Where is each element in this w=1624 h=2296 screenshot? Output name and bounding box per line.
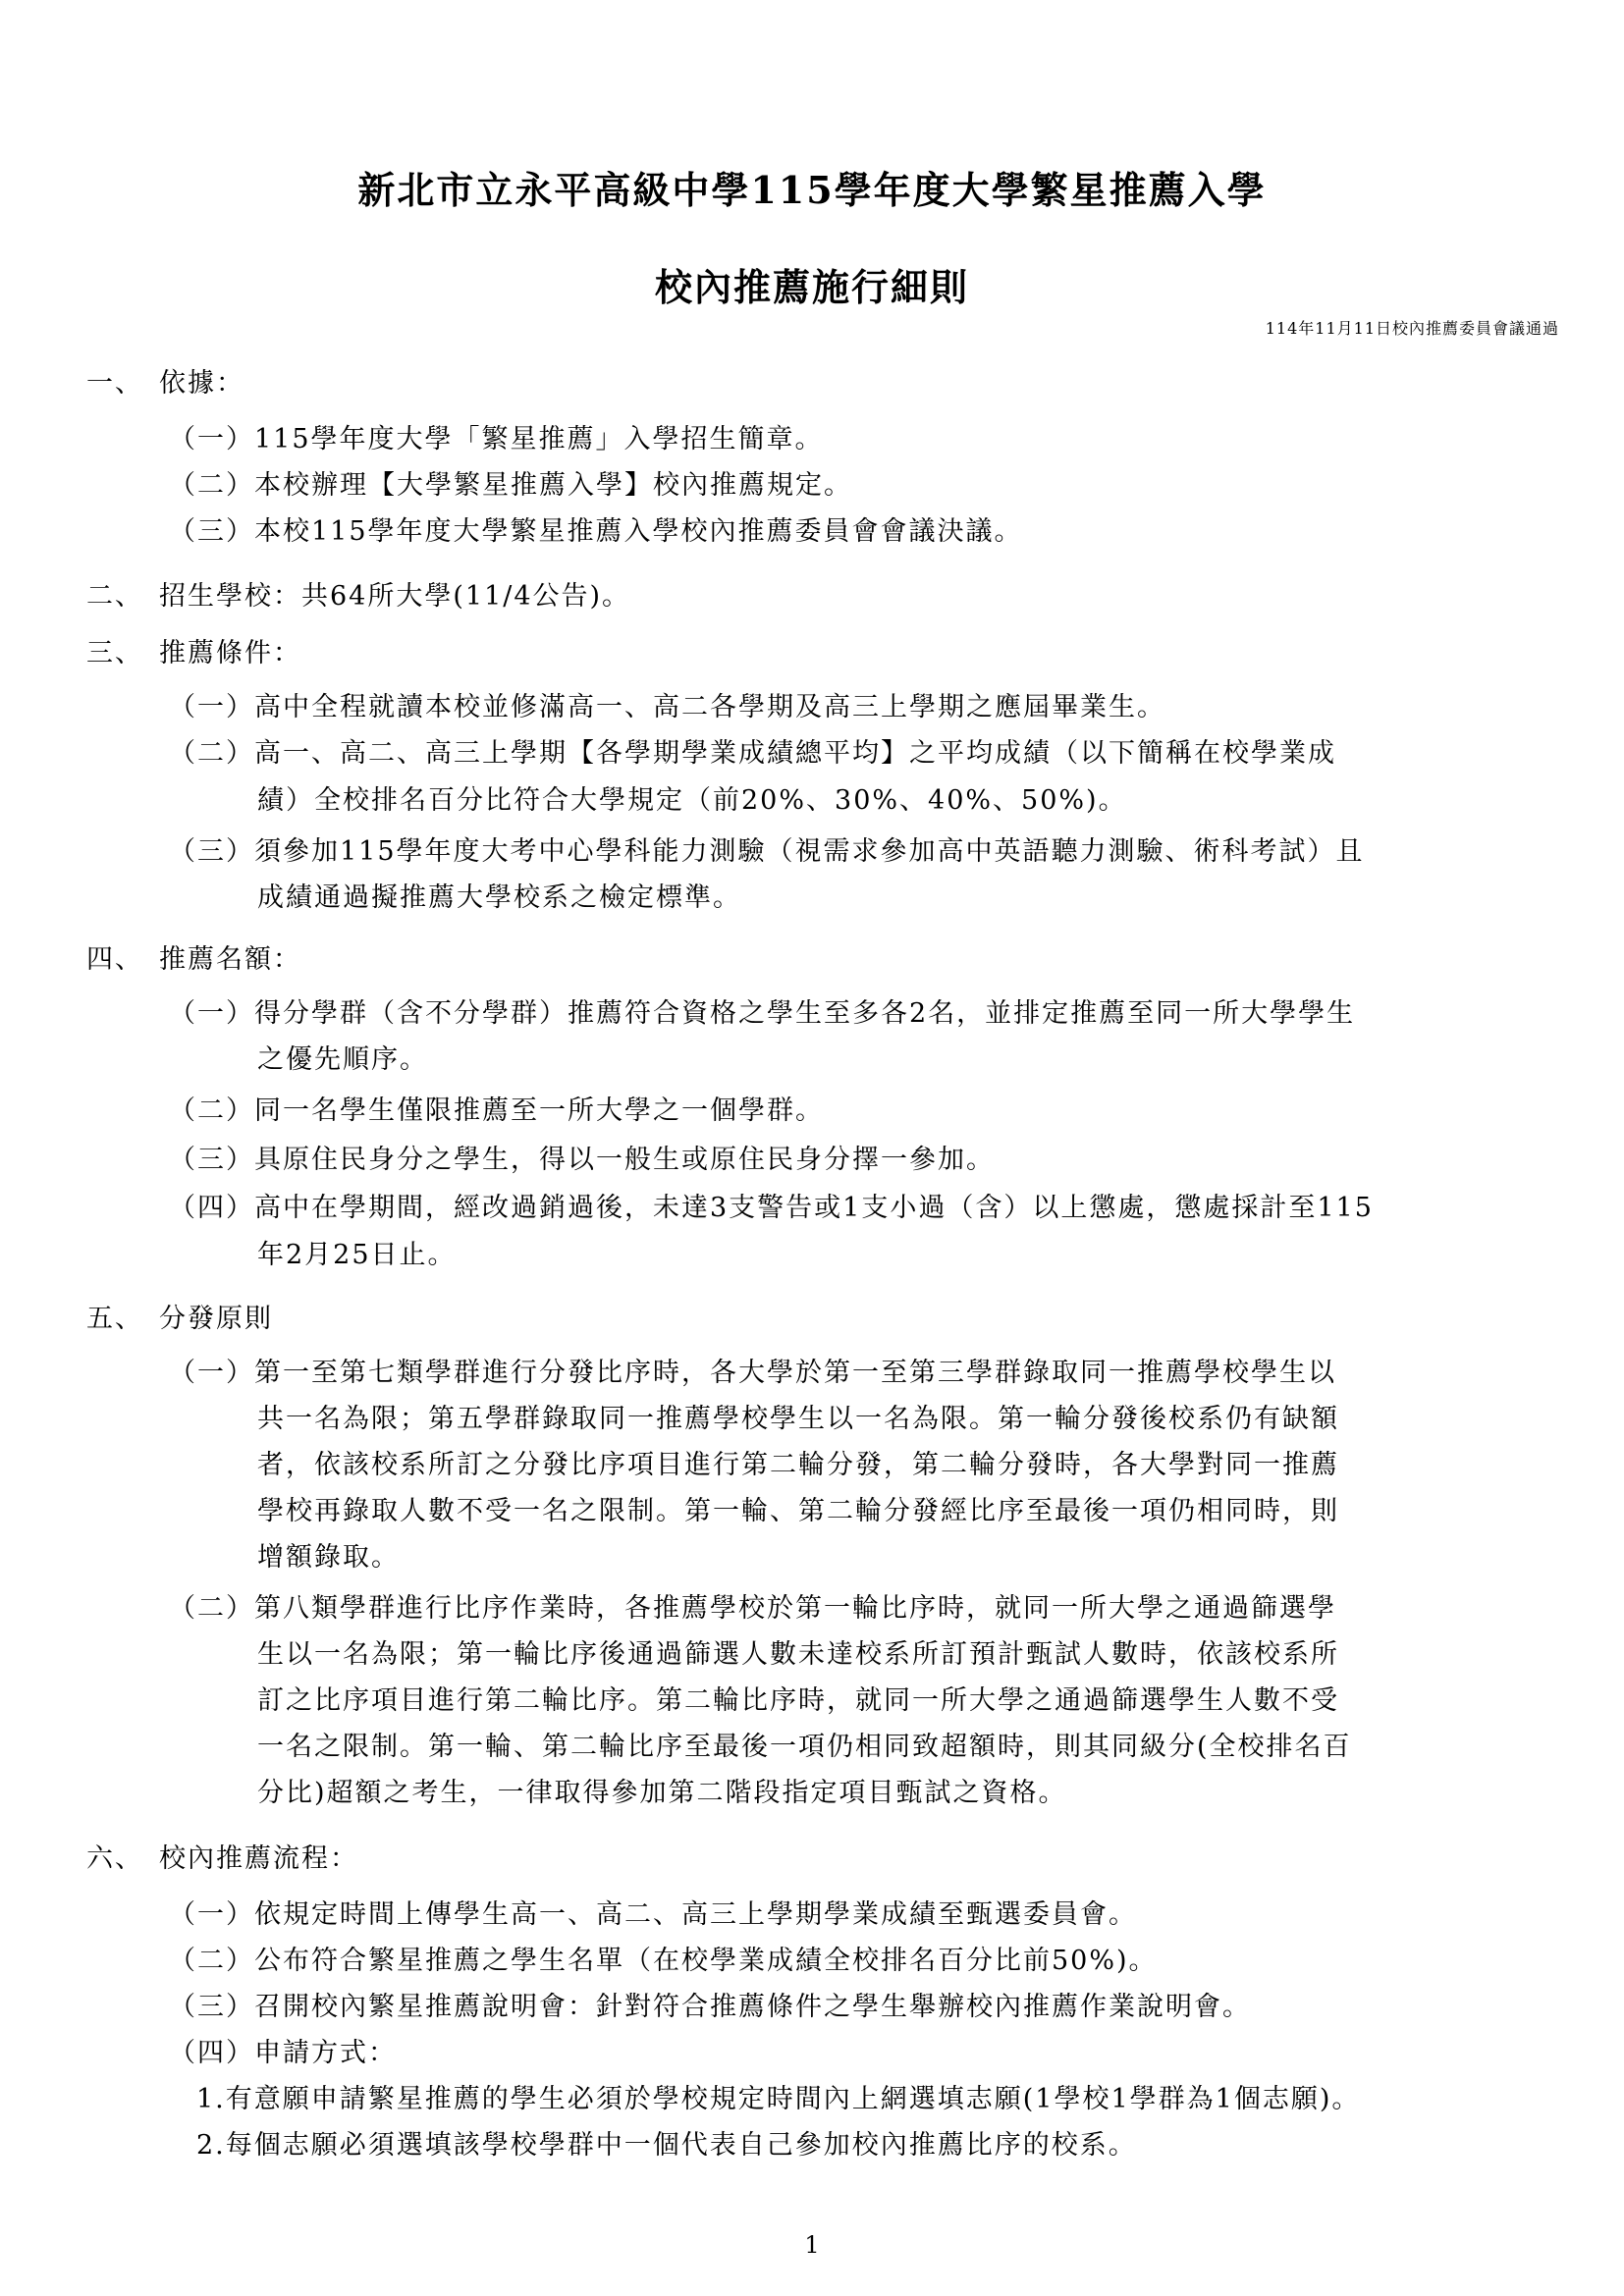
item-label: （二）	[169, 738, 254, 769]
list-item: （二）同一名學生僅限推薦至一所大學之一個學群。	[169, 1095, 824, 1127]
item-text: 高一、高二、高三上學期【各學期學業成績總平均】之平均成績（以下簡稱在校學業成	[254, 738, 1336, 769]
item-text: 召開校內繁星推薦說明會：針對符合推薦條件之學生舉辦校內推薦作業說明會。	[254, 1992, 1251, 2022]
item-label: （二）	[169, 1946, 254, 1976]
section-heading: 一、依據：	[86, 368, 244, 400]
item-text: 本校辦理【大學繁星推薦入學】校內推薦規定。	[254, 470, 852, 501]
section-heading: 二、招生學校：共64所大學(11/4公告)。	[86, 581, 630, 613]
item-label: （四）	[169, 2038, 254, 2068]
list-item: （一）得分學群（含不分學群）推薦符合資格之學生至多各2名，並排定推薦至同一所大學…	[169, 998, 1355, 1030]
item-label: （三）	[169, 516, 254, 547]
list-item: （二）第八類學群進行比序作業時，各推薦學校於第一輪比序時，就同一所大學之通過篩選…	[169, 1593, 1336, 1625]
document-title: 新北市立永平高級中學115學年度大學繁星推薦入學	[0, 160, 1624, 214]
item-text: 高中全程就讀本校並修滿高一、高二各學期及高三上學期之應屆畢業生。	[254, 692, 1165, 722]
item-text: 第八類學群進行比序作業時，各推薦學校於第一輪比序時，就同一所大學之通過篩選學	[254, 1593, 1336, 1624]
section-heading: 五、分發原則	[86, 1304, 273, 1335]
section-number: 四、	[86, 944, 159, 976]
item-label: （二）	[169, 1095, 254, 1126]
item-continuation: 年2月25日止。	[257, 1240, 457, 1271]
list-item: （一）第一至第七類學群進行分發比序時，各大學於第一至第三學群錄取同一推薦學校學生…	[169, 1358, 1336, 1389]
sub-item: 2.每個志願必須選填該學校學群中一個代表自己參加校內推薦比序的校系。	[196, 2130, 1137, 2162]
item-label: （三）	[169, 1145, 254, 1175]
item-text: 115學年度大學「繁星推薦」入學招生簡章。	[254, 424, 824, 454]
item-continuation: 訂之比序項目進行第二輪比序。第二輪比序時，就同一所大學之通過篩選學生人數不受	[257, 1685, 1339, 1717]
item-label: （四）	[169, 1193, 254, 1223]
item-label: （二）	[169, 1593, 254, 1624]
item-continuation: 共一名為限；第五學群錄取同一推薦學校學生以一名為限。第一輪分發後校系仍有缺額	[257, 1404, 1339, 1435]
item-text: 須參加115學年度大考中心學科能力測驗（視需求參加高中英語聽力測驗、術科考試）且	[254, 836, 1365, 867]
section-title: 依據：	[159, 368, 244, 399]
item-continuation: 成績通過擬推薦大學校系之檢定標準。	[257, 882, 741, 914]
document-subtitle: 校內推薦施行細則	[0, 257, 1624, 311]
item-continuation: 生以一名為限；第一輪比序後通過篩選人數未達校系所訂預計甄試人數時，依該校系所	[257, 1639, 1339, 1671]
list-item: （三）具原住民身分之學生，得以一般生或原住民身分擇一參加。	[169, 1145, 995, 1176]
item-continuation: 增額錄取。	[257, 1542, 400, 1574]
item-label: （二）	[169, 470, 254, 501]
section-title: 推薦名額：	[159, 944, 301, 975]
page-number: 1	[0, 2231, 1624, 2259]
item-text: 申請方式：	[254, 2038, 397, 2068]
item-label: （一）	[169, 1358, 254, 1388]
section-title: 分發原則	[159, 1304, 273, 1334]
item-label: （三）	[169, 1992, 254, 2022]
list-item: （一）高中全程就讀本校並修滿高一、高二各學期及高三上學期之應屆畢業生。	[169, 692, 1165, 723]
item-label: （一）	[169, 692, 254, 722]
item-text: 公布符合繁星推薦之學生名單（在校學業成績全校排名百分比前50%)。	[254, 1946, 1158, 1976]
section-heading: 四、推薦名額：	[86, 944, 301, 976]
list-item: （三）召開校內繁星推薦說明會：針對符合推薦條件之學生舉辦校內推薦作業說明會。	[169, 1992, 1251, 2023]
list-item: （三）本校115學年度大學繁星推薦入學校內推薦委員會會議決議。	[169, 516, 1023, 548]
section-number: 五、	[86, 1304, 159, 1335]
item-text: 依規定時間上傳學生高一、高二、高三上學期學業成績至甄選委員會。	[254, 1899, 1137, 1930]
section-heading: 三、推薦條件：	[86, 638, 301, 669]
list-item: （二）高一、高二、高三上學期【各學期學業成績總平均】之平均成績（以下簡稱在校學業…	[169, 738, 1336, 770]
item-text: 得分學群（含不分學群）推薦符合資格之學生至多各2名，並排定推薦至同一所大學學生	[254, 998, 1355, 1029]
list-item: （二）本校辦理【大學繁星推薦入學】校內推薦規定。	[169, 470, 852, 502]
item-continuation: 者，依該校系所訂之分發比序項目進行第二輪分發，第二輪分發時，各大學對同一推薦	[257, 1450, 1339, 1481]
section-title: 校內推薦流程：	[159, 1843, 358, 1874]
list-item: （二）公布符合繁星推薦之學生名單（在校學業成績全校排名百分比前50%)。	[169, 1946, 1158, 1977]
item-continuation: 學校再錄取人數不受一名之限制。第一輪、第二輪分發經比序至最後一項仍相同時，則	[257, 1496, 1339, 1527]
item-continuation: 之優先順序。	[257, 1044, 428, 1076]
item-text: 高中在學期間，經改過銷過後，未達3支警告或1支小過（含）以上懲處，懲處採計至11…	[254, 1193, 1374, 1223]
list-item: （三）須參加115學年度大考中心學科能力測驗（視需求參加高中英語聽力測驗、術科考…	[169, 836, 1365, 868]
item-text: 同一名學生僅限推薦至一所大學之一個學群。	[254, 1095, 824, 1126]
approval-note: 114年11月11日校內推薦委員會議通過	[1266, 316, 1559, 339]
list-item: （一）115學年度大學「繁星推薦」入學招生簡章。	[169, 424, 824, 455]
section-heading: 六、校內推薦流程：	[86, 1843, 358, 1875]
item-text: 本校115學年度大學繁星推薦入學校內推薦委員會會議決議。	[254, 516, 1023, 547]
list-item: （四）申請方式：	[169, 2038, 397, 2069]
item-label: （一）	[169, 424, 254, 454]
section-number: 三、	[86, 638, 159, 669]
list-item: （四）高中在學期間，經改過銷過後，未達3支警告或1支小過（含）以上懲處，懲處採計…	[169, 1193, 1374, 1224]
item-continuation: 一名之限制。第一輪、第二輪比序至最後一項仍相同致超額時，則其同級分(全校排名百	[257, 1732, 1352, 1763]
section-number: 一、	[86, 368, 159, 400]
item-text: 第一至第七類學群進行分發比序時，各大學於第一至第三學群錄取同一推薦學校學生以	[254, 1358, 1336, 1388]
section-number: 二、	[86, 581, 159, 613]
item-label: （三）	[169, 836, 254, 867]
sub-item: 1.有意願申請繁星推薦的學生必須於學校規定時間內上網選填志願(1學校1學群為1個…	[196, 2084, 1360, 2115]
item-continuation: 分比)超額之考生，一律取得參加第二階段指定項目甄試之資格。	[257, 1778, 1067, 1809]
document-page: 新北市立永平高級中學115學年度大學繁星推薦入學 校內推薦施行細則 114年11…	[0, 0, 1624, 2296]
item-text: 具原住民身分之學生，得以一般生或原住民身分擇一參加。	[254, 1145, 995, 1175]
item-continuation: 績）全校排名百分比符合大學規定（前20%、30%、40%、50%)。	[257, 785, 1127, 817]
list-item: （一）依規定時間上傳學生高一、高二、高三上學期學業成績至甄選委員會。	[169, 1899, 1137, 1931]
section-title: 招生學校：共64所大學(11/4公告)。	[159, 581, 630, 612]
section-number: 六、	[86, 1843, 159, 1875]
section-title: 推薦條件：	[159, 638, 301, 668]
item-label: （一）	[169, 1899, 254, 1930]
item-label: （一）	[169, 998, 254, 1029]
